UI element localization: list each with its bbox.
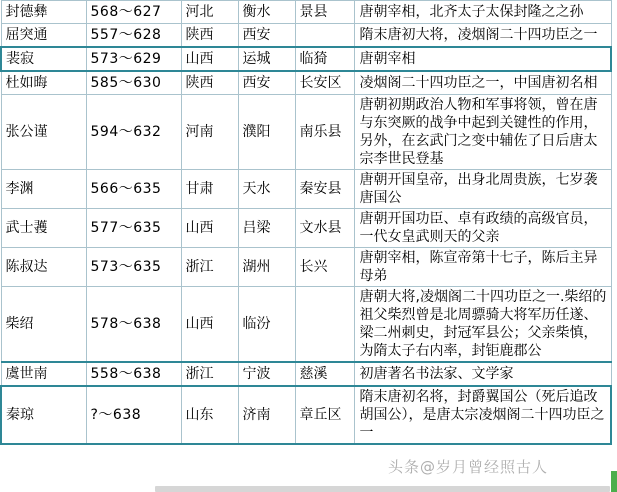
table-row: 陈叔达573～635浙江湖州长兴唐朝宰相，陈宣帝第十七子，陈后主异母弟 bbox=[1, 248, 611, 287]
cell-years[interactable]: 573～635 bbox=[86, 248, 181, 287]
cell-desc[interactable]: 唐朝初期政治人物和军事将领，曾在唐与东突厥的战争中起到关键性的作用，另外，在玄武… bbox=[354, 95, 611, 170]
cell-province[interactable]: 山东 bbox=[181, 386, 238, 444]
cell-years[interactable]: 577～635 bbox=[86, 209, 181, 248]
table-body: 封德彝568～627河北衡水景县唐朝宰相，北齐太子太保封隆之之孙屈突通557～6… bbox=[1, 1, 611, 445]
cell-city[interactable]: 濮阳 bbox=[238, 95, 295, 170]
cell-name[interactable]: 秦琼 bbox=[1, 386, 86, 444]
cell-county[interactable]: 慈溪 bbox=[295, 362, 354, 386]
biography-table: 封德彝568～627河北衡水景县唐朝宰相，北齐太子太保封隆之之孙屈突通557～6… bbox=[0, 0, 612, 445]
cell-desc[interactable]: 唐朝开国功臣、卓有政绩的高级官员，一代女皇武则天的父亲 bbox=[354, 209, 611, 248]
table-row: 虞世南558～638浙江宁波慈溪初唐著名书法家、文学家 bbox=[1, 362, 611, 386]
cell-city[interactable]: 衡水 bbox=[238, 1, 295, 24]
cell-city[interactable]: 天水 bbox=[238, 170, 295, 209]
cell-county[interactable]: 章丘区 bbox=[295, 386, 354, 444]
cell-years[interactable]: 578～638 bbox=[86, 287, 181, 363]
cell-desc[interactable]: 唐朝宰相 bbox=[354, 47, 611, 71]
cell-name[interactable]: 李渊 bbox=[1, 170, 86, 209]
cell-desc[interactable]: 唐朝宰相，陈宣帝第十七子，陈后主异母弟 bbox=[354, 248, 611, 287]
cell-years[interactable]: 594～632 bbox=[86, 95, 181, 170]
cell-city[interactable]: 吕梁 bbox=[238, 209, 295, 248]
cell-city[interactable]: 宁波 bbox=[238, 362, 295, 386]
cell-city[interactable]: 西安 bbox=[238, 24, 295, 48]
cell-desc[interactable]: 初唐著名书法家、文学家 bbox=[354, 362, 611, 386]
sheet-corner-accent bbox=[611, 471, 617, 492]
cell-county[interactable]: 文水县 bbox=[295, 209, 354, 248]
cell-county[interactable]: 临猗 bbox=[295, 47, 354, 71]
spreadsheet-view: 封德彝568～627河北衡水景县唐朝宰相，北齐太子太保封隆之之孙屈突通557～6… bbox=[0, 0, 617, 492]
cell-name[interactable]: 封德彝 bbox=[1, 1, 86, 24]
cell-county[interactable]: 长安区 bbox=[295, 71, 354, 95]
cell-desc[interactable]: 凌烟阁二十四功臣之一，中国唐初名相 bbox=[354, 71, 611, 95]
cell-name[interactable]: 柴绍 bbox=[1, 287, 86, 363]
cell-county[interactable]: 长兴 bbox=[295, 248, 354, 287]
table-row: 屈突通557～628陕西西安隋末唐初大将，凌烟阁二十四功臣之一 bbox=[1, 24, 611, 48]
cell-city[interactable]: 西安 bbox=[238, 71, 295, 95]
cell-province[interactable]: 山西 bbox=[181, 209, 238, 248]
table-row: 杜如晦585～630陕西西安长安区凌烟阁二十四功臣之一，中国唐初名相 bbox=[1, 71, 611, 95]
cell-years[interactable]: 557～628 bbox=[86, 24, 181, 48]
cell-name[interactable]: 屈突通 bbox=[1, 24, 86, 48]
cell-province[interactable]: 甘肃 bbox=[181, 170, 238, 209]
cell-province[interactable]: 陕西 bbox=[181, 24, 238, 48]
table-row: 秦琼?～638山东济南章丘区隋末唐初名将，封爵翼国公（死后追改胡国公），是唐太宗… bbox=[1, 386, 611, 444]
cell-name[interactable]: 裴寂 bbox=[1, 47, 86, 71]
cell-desc[interactable]: 唐朝宰相，北齐太子太保封隆之之孙 bbox=[354, 1, 611, 24]
cell-desc[interactable]: 唐朝大将,凌烟阁二十四功臣之一.柴绍的祖父柴烈曾是北周骠骑大将军历任遂、梁二州刺… bbox=[354, 287, 611, 363]
cell-province[interactable]: 山西 bbox=[181, 287, 238, 363]
cell-province[interactable]: 河北 bbox=[181, 1, 238, 24]
cell-years[interactable]: 558～638 bbox=[86, 362, 181, 386]
watermark-text: 头条@岁月曾经照古人 bbox=[388, 456, 548, 477]
cell-desc[interactable]: 隋末唐初名将，封爵翼国公（死后追改胡国公），是唐太宗凌烟阁二十四功臣之一 bbox=[354, 386, 611, 444]
table-row: 张公谨594～632河南濮阳南乐县唐朝初期政治人物和军事将领，曾在唐与东突厥的战… bbox=[1, 95, 611, 170]
cell-name[interactable]: 武士彟 bbox=[1, 209, 86, 248]
cell-desc[interactable]: 隋末唐初大将，凌烟阁二十四功臣之一 bbox=[354, 24, 611, 48]
cell-name[interactable]: 陈叔达 bbox=[1, 248, 86, 287]
cell-county[interactable] bbox=[295, 24, 354, 48]
cell-desc[interactable]: 唐朝开国皇帝，出身北周贵族，七岁袭唐国公 bbox=[354, 170, 611, 209]
cell-city[interactable]: 运城 bbox=[238, 47, 295, 71]
cell-name[interactable]: 杜如晦 bbox=[1, 71, 86, 95]
cell-county[interactable]: 南乐县 bbox=[295, 95, 354, 170]
cell-county[interactable]: 秦安县 bbox=[295, 170, 354, 209]
table-row: 封德彝568～627河北衡水景县唐朝宰相，北齐太子太保封隆之之孙 bbox=[1, 1, 611, 24]
cell-city[interactable]: 湖州 bbox=[238, 248, 295, 287]
cell-province[interactable]: 山西 bbox=[181, 47, 238, 71]
table-row: 李渊566～635甘肃天水秦安县唐朝开国皇帝，出身北周贵族，七岁袭唐国公 bbox=[1, 170, 611, 209]
cell-name[interactable]: 虞世南 bbox=[1, 362, 86, 386]
table-row: 柴绍578～638山西临汾唐朝大将,凌烟阁二十四功臣之一.柴绍的祖父柴烈曾是北周… bbox=[1, 287, 611, 363]
cell-county[interactable] bbox=[295, 287, 354, 363]
cell-city[interactable]: 济南 bbox=[238, 386, 295, 444]
cell-years[interactable]: 568～627 bbox=[86, 1, 181, 24]
table-row: 裴寂573～629山西运城临猗唐朝宰相 bbox=[1, 47, 611, 71]
cell-years[interactable]: ?～638 bbox=[86, 386, 181, 444]
cell-years[interactable]: 566～635 bbox=[86, 170, 181, 209]
table-row: 武士彟577～635山西吕梁文水县唐朝开国功臣、卓有政绩的高级官员，一代女皇武则… bbox=[1, 209, 611, 248]
cell-province[interactable]: 河南 bbox=[181, 95, 238, 170]
cell-province[interactable]: 浙江 bbox=[181, 362, 238, 386]
cell-years[interactable]: 585～630 bbox=[86, 71, 181, 95]
cell-city[interactable]: 临汾 bbox=[238, 287, 295, 363]
cell-county[interactable]: 景县 bbox=[295, 1, 354, 24]
horizontal-scrollbar[interactable] bbox=[155, 486, 610, 492]
cell-years[interactable]: 573～629 bbox=[86, 47, 181, 71]
cell-province[interactable]: 陕西 bbox=[181, 71, 238, 95]
cell-name[interactable]: 张公谨 bbox=[1, 95, 86, 170]
cell-province[interactable]: 浙江 bbox=[181, 248, 238, 287]
